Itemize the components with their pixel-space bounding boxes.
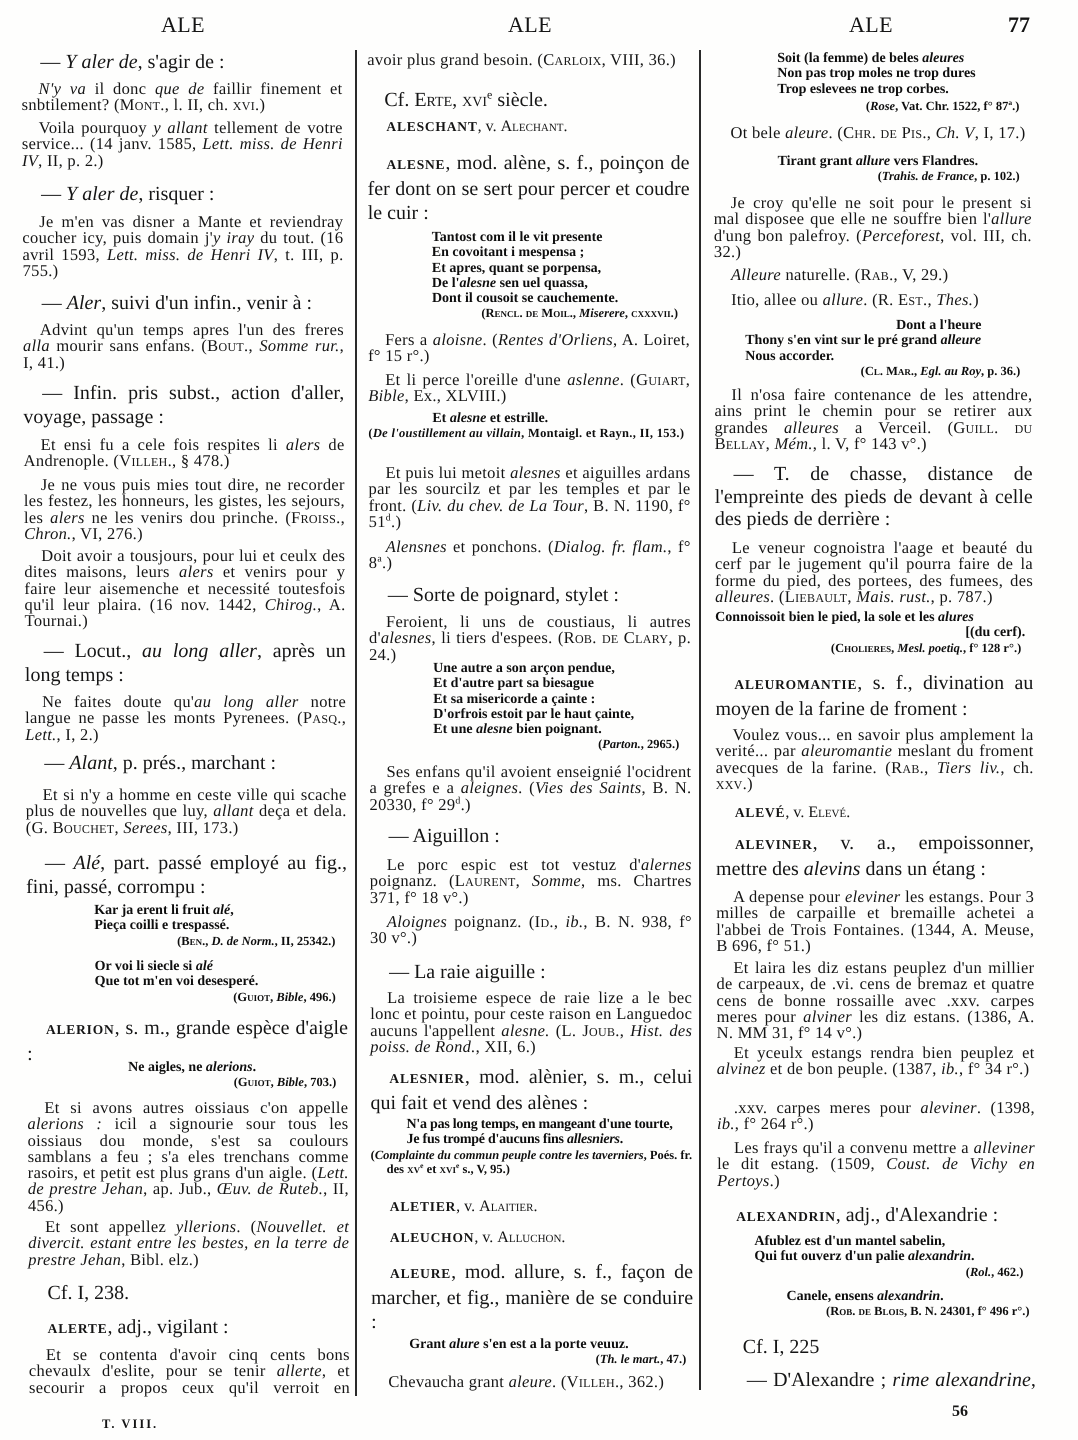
citation-paragraph: Je m'en vas disner a Mante et reviendray… xyxy=(22,214,343,279)
cross-reference-entry: ALESCHANT, v. Alechant. xyxy=(367,117,689,137)
source-citation: (Rol., 462.) xyxy=(717,1265,1035,1280)
verse-citation: Dont a l'heureThony s'en vint sur le pré… xyxy=(714,318,1032,379)
text-run: , xyxy=(516,871,532,890)
headword: ALEXANDRIN xyxy=(736,1209,836,1224)
italic-text: alesne xyxy=(450,411,487,426)
text-run: et ponchons. ( xyxy=(447,537,554,556)
source-citation: (Cholieres, Mesl. poetiq., f° 128 r°.) xyxy=(715,641,1033,656)
source-citation: (Rob. de Blois, B. N. 24301, f° 496 r°.) xyxy=(718,1304,1036,1319)
italic-text: Rentes d'Orliens xyxy=(498,330,613,349)
verse-line: Et apres, quant se porpensa, xyxy=(368,261,690,276)
text-run: , f° 34 r°.) xyxy=(959,1059,1029,1078)
verse-citation: Tirant grant allure vers Flandres.(Trahi… xyxy=(714,154,1032,185)
text-run: Une autre a son arçon pendue, xyxy=(433,661,615,676)
verse-citation: Kar ja erent li fruit alé,Pieça coilli e… xyxy=(26,903,347,949)
text-run: , p. 36.) xyxy=(981,364,1020,378)
headword: ALESNIER xyxy=(389,1071,464,1086)
column-rule xyxy=(355,50,357,1396)
italic-text: Chron. xyxy=(24,524,72,543)
citation-paragraph: Ne faites doute qu'au long aller notre l… xyxy=(25,694,346,743)
text-run: Dont a l'heure xyxy=(896,318,981,333)
small-caps-text: Guiot xyxy=(237,990,270,1004)
verse-citation: Canele, ensens alexandrin.(Rob. de Blois… xyxy=(717,1289,1035,1320)
small-caps-text: Bout. xyxy=(207,336,248,355)
citation-paragraph: Alleure naturelle. (Rab., V, 29.) xyxy=(714,267,1032,283)
text-run: Tirant grant xyxy=(778,154,856,169)
citation-paragraph: Et laira les diz estans peuplez d'un mil… xyxy=(716,960,1034,1041)
text-run: Non pas trop moles ne trop dures xyxy=(777,66,975,81)
text-run: Et d'autre part sa biesague xyxy=(433,676,594,691)
citation-paragraph: Je croy qu'elle ne soit pour le present … xyxy=(714,195,1032,260)
text-run: — xyxy=(40,51,65,73)
text-run: , xyxy=(620,1021,631,1040)
text-run: , xyxy=(114,818,123,837)
headword: ALEUROMANTIE xyxy=(734,677,857,692)
text-run: (L. xyxy=(550,1021,583,1040)
small-caps-text: Rab. xyxy=(860,265,893,284)
small-caps-text: Cl. Mar. xyxy=(865,364,914,378)
text-run: ) xyxy=(747,774,753,793)
text-run: .) xyxy=(1012,99,1019,113)
text-run: vers Flandres. xyxy=(890,154,978,169)
text-run: D'orfrois estoit par le haut çainte, xyxy=(433,707,634,722)
text-run: . xyxy=(563,118,567,135)
verse-line: Que tot m'en voi desesperé. xyxy=(27,974,348,989)
text-run: [(du cerf). xyxy=(965,625,1025,640)
text-run: , p. 102.) xyxy=(974,169,1020,183)
italic-text: Thes. xyxy=(936,290,973,309)
italic-text: Rol. xyxy=(970,1265,991,1279)
text-run: , xyxy=(554,912,566,931)
text-run: , 362.) xyxy=(619,1372,664,1391)
verse-line: Tantost com il le vit presente xyxy=(368,230,690,245)
text-run: Connoissoit bien le pied, la sole et les xyxy=(715,610,938,625)
text-run: , suivi d'un infin., venir à : xyxy=(101,292,312,314)
column-rule xyxy=(699,50,701,1390)
italic-text: alvinez xyxy=(717,1059,766,1078)
dictionary-entry: ALERION, s. m., grande espèce d'aigle : xyxy=(27,1016,348,1066)
text-run: .) xyxy=(770,1171,780,1190)
text-run: , s'agir de : xyxy=(138,51,225,73)
source-citation: (Rose, Vat. Chr. 1522, f° 87a.) xyxy=(713,99,1031,114)
citation-paragraph: Fers a aloisne. (Rentes d'Orliens, A. Lo… xyxy=(368,332,690,365)
italic-text: aleures xyxy=(922,51,964,66)
text-run: Je croy qu'elle ne soit pour le present … xyxy=(714,193,1032,228)
text-run: , xyxy=(927,123,936,142)
verse-line: Dont a l'heure xyxy=(714,318,1032,333)
source-citation: (Guiot, Bible, 496.) xyxy=(27,990,348,1005)
verse-line: Canele, ensens alexandrin. xyxy=(717,1289,1035,1304)
cf-reference: Cf. I, 238. xyxy=(28,1281,349,1305)
verse-citation: Et alesne et estrille.(De l'oustillement… xyxy=(368,411,690,441)
italic-text: Trahis. de France xyxy=(882,169,974,183)
text-run: — La raie aiguille : xyxy=(389,961,546,983)
text-run: Chevaucha grant xyxy=(388,1372,508,1391)
verse-line: Afublez est d'un mantel sabelin, xyxy=(717,1234,1035,1249)
italic-text: aleure xyxy=(785,123,828,142)
text-run: bien poignant. xyxy=(513,722,602,737)
verse-citation: Afublez est d'un mantel sabelin,Qui fut … xyxy=(717,1234,1035,1280)
citation-paragraph: Et si avons autres oissiaus c'on appelle… xyxy=(27,1100,349,1214)
text-run: , ap. Jub., xyxy=(143,1179,217,1198)
dictionary-entry: ALEVINER, v. a., empoissonner, mettre de… xyxy=(716,831,1034,881)
cross-reference-entry: ALEUCHON, v. Alluchon. xyxy=(371,1228,693,1248)
italic-text: Somme rur. xyxy=(259,336,339,355)
headword: ALEUCHON xyxy=(390,1230,474,1245)
text-run: Qui fut ouverz d'un palie xyxy=(754,1249,908,1264)
sense-definition: — Alant, p. prés., marchant : xyxy=(25,751,346,775)
italic-text: ib. xyxy=(717,1114,735,1133)
citation-paragraph: Et li perce l'oreille d'une aslenne. (Gu… xyxy=(368,372,690,405)
text-run: . xyxy=(533,1198,537,1215)
italic-text: alures xyxy=(938,610,974,625)
text-run: Thony s'en vint sur le pré grand xyxy=(745,333,940,348)
text-run: Canele, ensens xyxy=(786,1289,877,1304)
citation-paragraph: Et sont appellez yllerions. (Nouvellet. … xyxy=(28,1219,349,1268)
citation-paragraph: Aloignes poignanz. (Id., ib., B. N. 938,… xyxy=(370,914,692,947)
text-run: , xyxy=(248,336,259,355)
small-caps-text: Froiss. xyxy=(291,508,341,527)
text-run: , Bibl. elz.) xyxy=(121,1250,199,1269)
italic-text: allesniers xyxy=(567,1132,620,1147)
text-run: Afublez est d'un mantel sabelin, xyxy=(754,1234,945,1249)
small-caps-text: Guiot xyxy=(238,1075,271,1089)
text-run: , p. prés., marchant : xyxy=(113,752,276,774)
text-run: , 2965.) xyxy=(641,737,680,751)
headword: ALERTE xyxy=(48,1321,108,1336)
verse-line: Thony s'en vint sur le pré grand alleure xyxy=(714,333,1032,348)
text-column-right: Soit (la femme) de beles aleuresNon pas … xyxy=(713,0,1036,1440)
source-citation: (Th. le mart., 47.) xyxy=(371,1352,693,1367)
text-run: , II, 25342.) xyxy=(275,934,336,948)
text-run: dans un étang : xyxy=(860,858,986,880)
sheet-number: 56 xyxy=(952,1403,968,1421)
text-run: naturelle. ( xyxy=(781,265,861,284)
headword: ALESCHANT xyxy=(386,119,477,134)
cf-reference: Cf. I, 225 xyxy=(718,1335,1036,1359)
italic-text: Rose xyxy=(870,99,895,113)
sense-definition: — Y aler de, s'agir de : xyxy=(21,50,342,74)
text-run: . xyxy=(940,1289,944,1304)
text-run: et xyxy=(423,1162,439,1176)
italic-text: Bible xyxy=(368,386,404,405)
italic-text: Œuv. de Ruteb. xyxy=(217,1179,324,1198)
headword: ALETIER xyxy=(390,1199,456,1214)
text-run: , l. V, f° 143 v°.) xyxy=(813,434,927,453)
italic-text: Y aler de xyxy=(65,51,137,73)
verse-line: De l'alesne sen uel quassa, xyxy=(368,276,690,291)
text-run: , VI, 276.) xyxy=(72,524,143,543)
citation-paragraph: Ses enfans qu'il avoient enseignié l'oci… xyxy=(369,764,691,813)
text-run: et de bon peuple. (1387, xyxy=(766,1059,942,1078)
source-citation: (Parton., 2965.) xyxy=(369,737,691,752)
headword: ALESNE xyxy=(386,157,445,172)
text-run: Kar ja erent li fruit xyxy=(94,903,213,918)
verse-line: N'a pas long temps, en mangeant d'une to… xyxy=(371,1117,693,1132)
source-citation: (Complainte du commun peuple contre les … xyxy=(371,1148,693,1177)
verse-citation: Or voi li siecle si aléQue tot m'en voi … xyxy=(27,959,348,1005)
dictionary-entry: ALEXANDRIN, adj., d'Alexandrie : xyxy=(717,1203,1035,1229)
verse-line: Et une alesne bien poignant. xyxy=(369,722,691,737)
small-caps-text: Rob. de Clary xyxy=(564,628,669,647)
citation-paragraph: Le veneur cognoistra l'aage et beauté du… xyxy=(715,540,1033,605)
text-run: , xyxy=(847,587,856,606)
sense-definition: — La raie aiguille : xyxy=(370,960,692,984)
citation-paragraph: Feroient, li uns de coustiaus, li autres… xyxy=(369,614,691,663)
verse-line: Qui fut ouverz d'un palie alexandrin. xyxy=(717,1249,1035,1264)
text-run: Nous accorder. xyxy=(745,349,834,364)
verse-line: [(du cerf). xyxy=(715,625,1033,640)
text-run: s'en est a la porte veuuz. xyxy=(480,1337,629,1352)
italic-text: Miserere xyxy=(579,306,625,320)
italic-text: Perceforest xyxy=(862,226,940,245)
text-run: , adj., d'Alexandrie : xyxy=(836,1204,999,1226)
text-run: — T. de chasse, distance de l'empreinte … xyxy=(715,463,1033,530)
text-run: . xyxy=(971,1249,975,1264)
italic-text: alleure xyxy=(941,333,982,348)
text-run: . xyxy=(253,1060,257,1075)
text-run: , 703.) xyxy=(304,1075,336,1089)
text-run: Ot bele xyxy=(730,123,785,142)
text-run: — xyxy=(42,292,67,314)
italic-text: Serees xyxy=(123,818,167,837)
text-run: , f° 264 r°.) xyxy=(735,1114,814,1133)
italic-text: De l'oustillement au villain xyxy=(373,426,521,440)
italic-text: Bible xyxy=(276,990,303,1004)
small-caps-text: Mont. xyxy=(120,95,165,114)
small-caps-text: Ben. xyxy=(181,934,205,948)
text-run: Or voi li siecle si xyxy=(95,959,196,974)
italic-text: Chirog. xyxy=(265,595,317,614)
verse-citation: Connoissoit bien le pied, la sole et les… xyxy=(715,610,1033,656)
text-run: . ( xyxy=(770,587,785,606)
text-run: .) xyxy=(382,553,392,572)
text-run: .) xyxy=(461,795,471,814)
headword: ALEVÉ xyxy=(735,805,786,820)
italic-text: Alensnes xyxy=(386,537,447,556)
dictionary-entry: ALESNE, mod. alène, s. f., poinçon de fe… xyxy=(367,151,689,225)
headword: ALEVINER xyxy=(735,837,813,852)
text-run: , xyxy=(342,708,347,727)
text-run: , II, p. 2.) xyxy=(38,151,104,170)
text-run: — Sorte de poignard, stylet : xyxy=(388,584,619,606)
small-caps-text: Est. xyxy=(898,290,927,309)
verse-line: Kar ja erent li fruit alé, xyxy=(26,903,347,918)
text-run: , XII, 6.) xyxy=(476,1037,536,1056)
italic-text: allure xyxy=(823,290,864,309)
italic-text: ib. xyxy=(941,1059,959,1078)
text-run: . ( xyxy=(620,370,636,389)
small-caps-text: Pasq. xyxy=(303,708,342,727)
text-run: , xyxy=(452,89,462,111)
verse-line: Dont il cousoit se cauchemente. xyxy=(368,291,690,306)
text-run: Tantost com il le vit presente xyxy=(432,230,603,245)
source-citation: (Ben., D. de Norm., II, 25342.) xyxy=(26,934,347,949)
text-run: .) xyxy=(391,512,401,531)
small-caps-text: Rob. de Blois xyxy=(830,1304,904,1318)
citation-paragraph: Il n'osa faire contenance de les attendr… xyxy=(714,387,1032,452)
citation-paragraph: Et si n'y a homme en ceste ville qui sca… xyxy=(26,787,347,836)
text-run: — Infin. pris subst., action d'aller, vo… xyxy=(23,382,344,428)
sense-definition: — Sorte de poignard, stylet : xyxy=(369,583,691,607)
text-run: siècle. xyxy=(492,89,548,111)
italic-text: Lett. xyxy=(25,725,56,744)
text-run: . (R. xyxy=(863,290,898,309)
verse-line: Connoissoit bien le pied, la sole et les… xyxy=(715,610,1033,625)
dictionary-entry: ALEUROMANTIE, s. f., divination au moyen… xyxy=(715,671,1033,721)
verse-line: Et d'autre part sa biesague xyxy=(369,676,691,691)
verse-line: Et alesne et estrille. xyxy=(368,411,690,426)
italic-text: Dialog. fr. flam. xyxy=(554,537,668,556)
text-run: . ( xyxy=(828,123,843,142)
text-run: , 462.) xyxy=(991,1265,1023,1279)
text-run: Et sa misericorde a çainte : xyxy=(433,692,595,707)
source-citation: (Guiot, Bible, 703.) xyxy=(27,1075,348,1090)
small-caps-text: xvi. xyxy=(233,95,260,114)
small-caps-text: xvi xyxy=(462,89,487,111)
small-caps-text: xv xyxy=(407,1162,420,1176)
text-run: Le veneur cognoistra l'aage et beauté du… xyxy=(715,538,1033,590)
citation-paragraph: Ot bele aleure. (Chr. de Pis., Ch. V, I,… xyxy=(713,125,1031,141)
text-run: Ne aigles, ne xyxy=(128,1060,206,1075)
verse-citation: Une autre a son arçon pendue,Et d'autre … xyxy=(369,661,691,753)
text-run: , v. xyxy=(456,1198,479,1215)
text-run: , li tiers d'espees. ( xyxy=(431,628,563,647)
verse-citation: Soit (la femme) de beles aleuresNon pas … xyxy=(713,51,1031,114)
italic-text: Mesl. poetiq. xyxy=(897,641,963,655)
headword: ALERION xyxy=(46,1022,115,1037)
text-run: De l' xyxy=(432,276,460,291)
text-run: , Vat. Chr. 1522, f° 87 xyxy=(895,99,1008,113)
text-run: . ( xyxy=(552,1372,567,1391)
text-run: . xyxy=(620,1132,623,1147)
sense-definition: — D'Alexandre ; rime alexandrine, xyxy=(718,1368,1036,1392)
sense-definition: — T. de chasse, distance de l'empreinte … xyxy=(715,463,1033,531)
italic-text: alleures xyxy=(715,587,770,606)
citation-paragraph: Et ensi fu a cele fois respites li alers… xyxy=(24,437,345,470)
text-run: , 496.) xyxy=(303,990,335,1004)
small-caps-text: Rencl. de Moil. xyxy=(485,306,572,320)
text-run: , xyxy=(686,370,690,389)
source-citation: (De l'oustillement au villain, Montaigl.… xyxy=(368,426,690,441)
italic-text: alexandrin xyxy=(877,1289,940,1304)
text-run: , xyxy=(340,508,345,527)
text-run: . xyxy=(561,1229,565,1246)
italic-text: Th. le mart. xyxy=(600,1352,660,1366)
small-caps-text: xxv. xyxy=(716,774,747,793)
text-run: , III, 173.) xyxy=(167,818,238,837)
citation-paragraph: Doit avoir a tousjours, pour lui et ceul… xyxy=(24,548,345,629)
italic-text: rime alexandrine xyxy=(892,1369,1030,1391)
small-caps-text: Joub. xyxy=(582,1021,619,1040)
text-run: Et apres, quant se porpensa, xyxy=(432,261,601,276)
verse-line: Et sa misericorde a çainte : xyxy=(369,692,691,707)
text-run: — D'Alexandre ; xyxy=(747,1369,893,1391)
verse-citation: Tantost com il le vit presenteEn covoita… xyxy=(368,230,690,322)
text-run: , I, 2.) xyxy=(56,725,98,744)
text-run: — xyxy=(45,852,74,874)
small-caps-text: Rab. xyxy=(891,758,924,777)
text-run: En covoitant i mespensa ; xyxy=(432,245,585,260)
italic-text: alexandrin xyxy=(908,1249,971,1264)
italic-text: alers xyxy=(286,435,321,454)
text-run: , v. xyxy=(478,118,501,135)
italic-text: Alé xyxy=(73,852,100,874)
text-run: Je fus trompé d'aucuns fins xyxy=(407,1132,567,1147)
verse-line: Non pas trop moles ne trop dures xyxy=(713,66,1031,81)
text-run: , xyxy=(1031,1369,1036,1391)
small-caps-text: Id. xyxy=(535,912,554,931)
text-run: — Aiguillon : xyxy=(389,825,500,847)
italic-text: Parton. xyxy=(602,737,641,751)
text-column-left: — Y aler de, s'agir de :N'y va il donc q… xyxy=(21,0,350,1440)
verse-line: Nous accorder. xyxy=(714,349,1032,364)
text-run: . ( xyxy=(518,778,535,797)
text-run: , p. 787.) xyxy=(931,587,993,606)
italic-text: Alant xyxy=(69,752,112,774)
citation-paragraph: Voila pourquoy y allant tellement de vot… xyxy=(22,120,343,169)
sense-definition: — Locut., au long aller, après un long t… xyxy=(25,639,346,687)
citation-continuation: avoir plus grand besoin. (Carloix, VIII,… xyxy=(367,52,689,68)
italic-text: Aler xyxy=(67,292,102,314)
italic-text: alevins xyxy=(804,858,861,880)
text-run: , V, 29.) xyxy=(894,265,949,284)
citation-paragraph: Et se contenta d'avoir cinq cents bons c… xyxy=(29,1347,350,1396)
text-run: Cf. xyxy=(384,89,414,111)
citation-paragraph: Et yceulx estangs rendra bien peuplez et… xyxy=(717,1045,1035,1078)
sense-definition: — Y aler de, risquer : xyxy=(22,182,343,206)
text-run: Et une xyxy=(433,722,476,737)
italic-text: alerions xyxy=(206,1060,253,1075)
italic-text: allure xyxy=(856,154,890,169)
small-caps-text: Guiart xyxy=(636,370,686,389)
verse-citation: N'a pas long temps, en mangeant d'une to… xyxy=(371,1117,693,1177)
citation-paragraph: Itio, allee ou allure. (R. Est., Thes.) xyxy=(714,292,1032,308)
text-run: , v. xyxy=(474,1229,497,1246)
citation-paragraph: La troisieme espece de raie lize a le be… xyxy=(370,990,692,1055)
text-run: avoir plus grand besoin. ( xyxy=(367,50,543,69)
small-caps-text: Cholieres xyxy=(835,641,891,655)
text-run: , 47.) xyxy=(660,1352,686,1366)
citation-paragraph: Je ne vous puis mies tout dire, ne recor… xyxy=(24,477,345,542)
text-run: , I, 17.) xyxy=(975,123,1026,142)
text-run: Que tot m'en voi desesperé. xyxy=(95,974,259,989)
headword: ALEURE xyxy=(390,1266,451,1281)
text-run: , Montaigl. et Rayn., II, 153.) xyxy=(521,426,684,440)
text-run: — Locut., xyxy=(44,640,142,662)
verse-line: Tirant grant allure vers Flandres. xyxy=(714,154,1032,169)
italic-text: Bible xyxy=(277,1075,304,1089)
citation-paragraph: Les frays qu'il a convenu mettre a allev… xyxy=(717,1140,1035,1189)
italic-text: au long aller xyxy=(142,640,257,662)
text-run: , xyxy=(924,758,937,777)
italic-text: Liv. du chev. de La Tour xyxy=(417,496,584,515)
text-run: Trop eslevees ne trop corbes. xyxy=(777,82,949,97)
verse-line: En covoitant i mespensa ; xyxy=(368,245,690,260)
text-run: , xyxy=(230,903,234,918)
cf-reference: Cf. Erte, xvie siècle. xyxy=(367,88,689,112)
citation-paragraph: Advint qu'un temps apres l'un des freres… xyxy=(23,322,344,371)
text-run: et estrille. xyxy=(486,411,548,426)
text-run: Grant xyxy=(409,1337,449,1352)
volume-signature: T. VIII. xyxy=(102,1416,158,1432)
small-caps-text: xvi xyxy=(439,1162,456,1176)
citation-paragraph: Et puis lui metoit alesnes et aiguilles … xyxy=(368,465,690,530)
italic-text: Mém. xyxy=(774,434,812,453)
sense-definition: — Infin. pris subst., action d'aller, vo… xyxy=(23,381,344,429)
italic-text: alé xyxy=(196,959,213,974)
italic-text: alesne xyxy=(459,276,496,291)
